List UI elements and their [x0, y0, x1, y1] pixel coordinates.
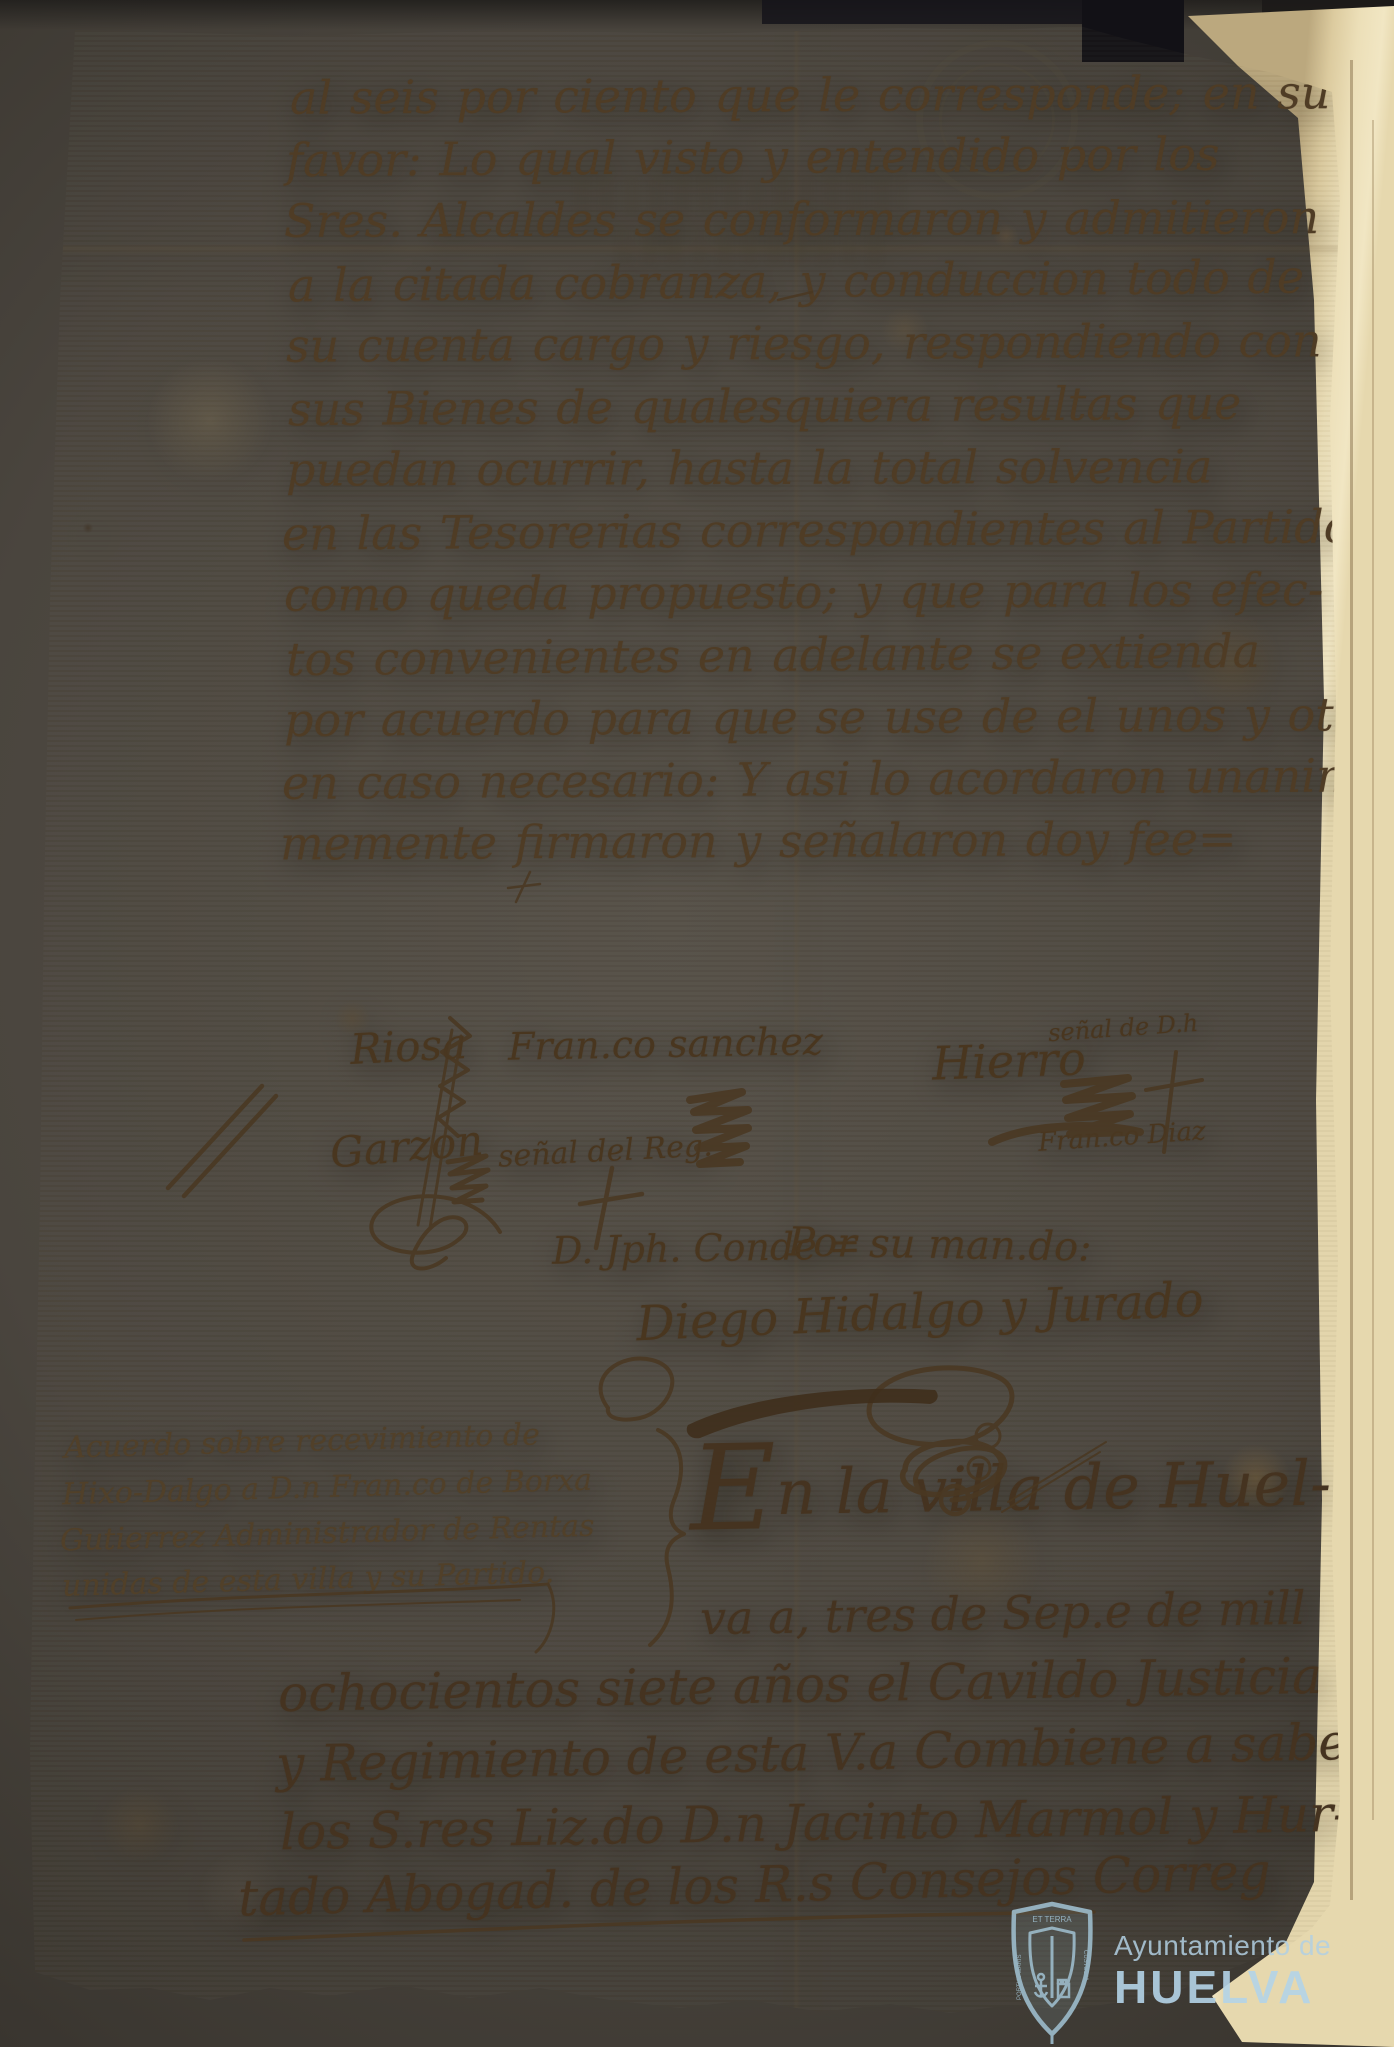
signature-sanchez: Fran.co sanchez [508, 1019, 824, 1068]
signature-hierro: Hierro [931, 1031, 1087, 1090]
signature-riosa: Riosa [349, 1019, 468, 1074]
body-line: como queda propuesto; y que para los efe… [284, 562, 1324, 621]
entry-line: y Regimiento de esta V.a Combiene a sabe… [276, 1713, 1373, 1794]
body-line: en las Tesorerias correspondientes al Pa… [282, 499, 1366, 561]
entry-line: ochocientos siete años el Cavildo Justic… [278, 1647, 1323, 1723]
manuscript-page: al seis por ciento que le corresponde; e… [0, 0, 1394, 2047]
signature-hidalgo: Diego Hidalgo y Jurado [635, 1272, 1205, 1353]
body-line: a la citada cobranza, y conduccion todo … [288, 250, 1305, 313]
body-line: por acuerdo para que se use de el unos y… [284, 687, 1394, 747]
body-line: su cuenta cargo y riesgo, respondiendo c… [286, 313, 1322, 372]
margin-note-line: Gutierrez Administrador de Rentas [60, 1509, 595, 1559]
entry-initial-rest: n la villa de Huel- [776, 1446, 1332, 1529]
margin-note-line: unidas de esta villa y su Partido. [62, 1555, 555, 1604]
margin-note-line: Hixo-Dalgo a D.n Fran.co de Borxa [62, 1463, 593, 1513]
body-line: en caso necesario: Y asi lo acordaron un… [282, 748, 1394, 810]
body-line: favor: Lo qual visto y entendido por los [286, 127, 1220, 188]
entry-initial: E [689, 1418, 778, 1557]
scan-top-shadow [0, 0, 1394, 30]
signature-mark-label: señal del Reg. [497, 1128, 713, 1174]
page-edge-crease [1350, 60, 1353, 1900]
signature-diaz: Fran.co Diaz [1037, 1116, 1207, 1158]
body-line: memente firmaron y señalaron doy fee= [280, 811, 1237, 870]
entry-opening-line: En la villa de Huel- [689, 1446, 1331, 1530]
signature-mandado: Por su man.do: [788, 1219, 1092, 1270]
scanned-archive-photo: { "colors": { "backdrop": "#4a453e", "pa… [0, 0, 1394, 2047]
body-line: sus Bienes de qualesquiera resultas que [288, 376, 1242, 437]
entry-line: va a, tres de Sep.e de mill [700, 1581, 1306, 1646]
body-line: puedan ocurrir, hasta la total solvencia [286, 439, 1213, 496]
margin-note-line: Acuerdo sobre recevimiento de [64, 1417, 541, 1465]
scan-black-edge [762, 0, 1092, 24]
body-line: tos convenientes en adelante se extienda [286, 624, 1260, 686]
page-edge-crease [1372, 120, 1374, 1820]
body-line: al seis por ciento que le corresponde; e… [290, 65, 1331, 124]
signature-garzon: Garzon [328, 1115, 485, 1177]
body-line: Sres. Alcaldes se conformaron y admitier… [284, 190, 1319, 248]
